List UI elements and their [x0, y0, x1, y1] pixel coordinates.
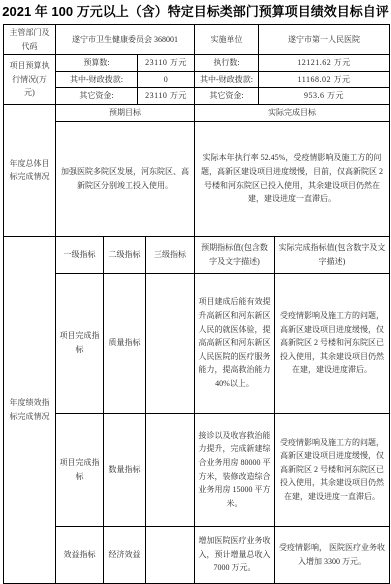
- table-row: 项目完成指标 数量指标 接诊以及收容救治能力提升，完成新建综合业务用房 8000…: [4, 413, 390, 526]
- level1-indicator-header: 一级指标: [56, 236, 104, 273]
- performance-self-eval-table: 主管部门及代码 遂宁市卫生健康委员会 368001 实施单位 遂宁市第一人民医院…: [3, 24, 390, 584]
- indicator-level2: 数量指标: [104, 413, 146, 526]
- indicator-expected-value: 接诊以及收容救治能力提升，完成新建综合业务用房 80000 平方米，装修改造综合…: [195, 413, 275, 526]
- expected-goal-header: 预期目标: [56, 104, 195, 121]
- indicator-level2: 经济效益: [104, 526, 146, 583]
- actual-goal-text: 实际本年执行率 52.45%，受疫情影响及施工方的问题，高新区建设项目进度缓慢，…: [195, 121, 390, 236]
- indicator-expected-value: 增加医院医疗业务收入，预计增量总收入 7000 万元。: [195, 526, 275, 583]
- table-row: 效益指标 经济效益 增加医院医疗业务收入，预计增量总收入 7000 万元。 受疫…: [4, 526, 390, 583]
- table-row: 其中-财政拨款: 0 其中-财政拨款: 11168.02 万元: [4, 71, 390, 88]
- table-row: 主管部门及代码 遂宁市卫生健康委员会 368001 实施单位 遂宁市第一人民医院: [4, 25, 390, 55]
- budget-other-funds-value: 23110 万元: [138, 88, 195, 105]
- level2-indicator-header: 二级指标: [104, 236, 146, 273]
- budget-fiscal-label: 其中-财政拨款:: [56, 71, 138, 88]
- execution-fiscal-label: 其中-财政拨款:: [195, 71, 259, 88]
- implementing-unit-value: 遂宁市第一人民医院: [259, 25, 390, 55]
- level3-indicator-header: 三级指标: [146, 236, 195, 273]
- budget-fiscal-value: 0: [138, 71, 195, 88]
- budget-section-label: 项目预算执行情况(万元): [4, 55, 56, 105]
- indicator-level1: 效益指标: [56, 526, 104, 583]
- page-title: 2021 年 100 万元以上（含）特定目标类部门预算项目绩效目标自评: [0, 0, 391, 24]
- execution-fiscal-value: 11168.02 万元: [259, 71, 390, 88]
- actual-indicator-value-header: 实际完成指标值(包含数字及文字描述): [275, 236, 390, 273]
- actual-goal-header: 实际完成目标: [195, 104, 390, 121]
- indicator-actual-value: 受疫情影响及施工方的问题，高新区建设项目进度缓慢，仅高新院区 2 号楼和河东院区…: [275, 413, 390, 526]
- expected-indicator-value-header: 预期指标值(包含数字及文字描述): [195, 236, 275, 273]
- indicators-section-label: 年度绩效指标完成情况: [4, 236, 56, 583]
- table-row: 其它资金: 23110 万元 其它资金: 953.6 万元: [4, 88, 390, 105]
- budget-amount-value: 23110 万元: [138, 55, 195, 72]
- indicator-level3: [146, 413, 195, 526]
- execution-other-funds-value: 953.6 万元: [259, 88, 390, 105]
- indicator-actual-value: 受疫情影响， 医院医疗业务收入增加 3300 万元。: [275, 526, 390, 583]
- table-row: 项目完成指标 质量指标 项目建成后能有效提升高新区和河东新区人民的就医体验，提高…: [4, 273, 390, 413]
- expected-goal-text: 加强医院多院区发展，河东院区、高新院区分别竣工投入使用。: [56, 121, 195, 236]
- indicator-level1: 项目完成指标: [56, 413, 104, 526]
- table-row: 项目预算执行情况(万元) 预算数: 23110 万元 执行数: 12121.62…: [4, 55, 390, 72]
- execution-amount-label: 执行数:: [195, 55, 259, 72]
- implementing-unit-label: 实施单位: [195, 25, 259, 55]
- budget-other-funds-label: 其它资金:: [56, 88, 138, 105]
- indicator-expected-value: 项目建成后能有效提升高新区和河东新区人民的就医体验，提高高新区和河东新区人民医院…: [195, 273, 275, 413]
- execution-amount-value: 12121.62 万元: [259, 55, 390, 72]
- table-row: 加强医院多院区发展，河东院区、高新院区分别竣工投入使用。 实际本年执行率 52.…: [4, 121, 390, 236]
- indicator-actual-value: 受疫情影响及施工方的问题，高新区建设项目进度缓慢，仅高新院区 2 号楼和河东院区…: [275, 273, 390, 413]
- annual-goal-section-label: 年度总体目标完成情况: [4, 104, 56, 236]
- budget-amount-label: 预算数:: [56, 55, 138, 72]
- dept-code-value: 遂宁市卫生健康委员会 368001: [56, 25, 195, 55]
- execution-other-funds-label: 其它资金:: [195, 88, 259, 105]
- indicator-level3: [146, 526, 195, 583]
- dept-code-label: 主管部门及代码: [4, 25, 56, 55]
- indicator-level1: 项目完成指标: [56, 273, 104, 413]
- indicator-level3: [146, 273, 195, 413]
- table-row: 年度总体目标完成情况 预期目标 实际完成目标: [4, 104, 390, 121]
- indicator-level2: 质量指标: [104, 273, 146, 413]
- table-row: 年度绩效指标完成情况 一级指标 二级指标 三级指标 预期指标值(包含数字及文字描…: [4, 236, 390, 273]
